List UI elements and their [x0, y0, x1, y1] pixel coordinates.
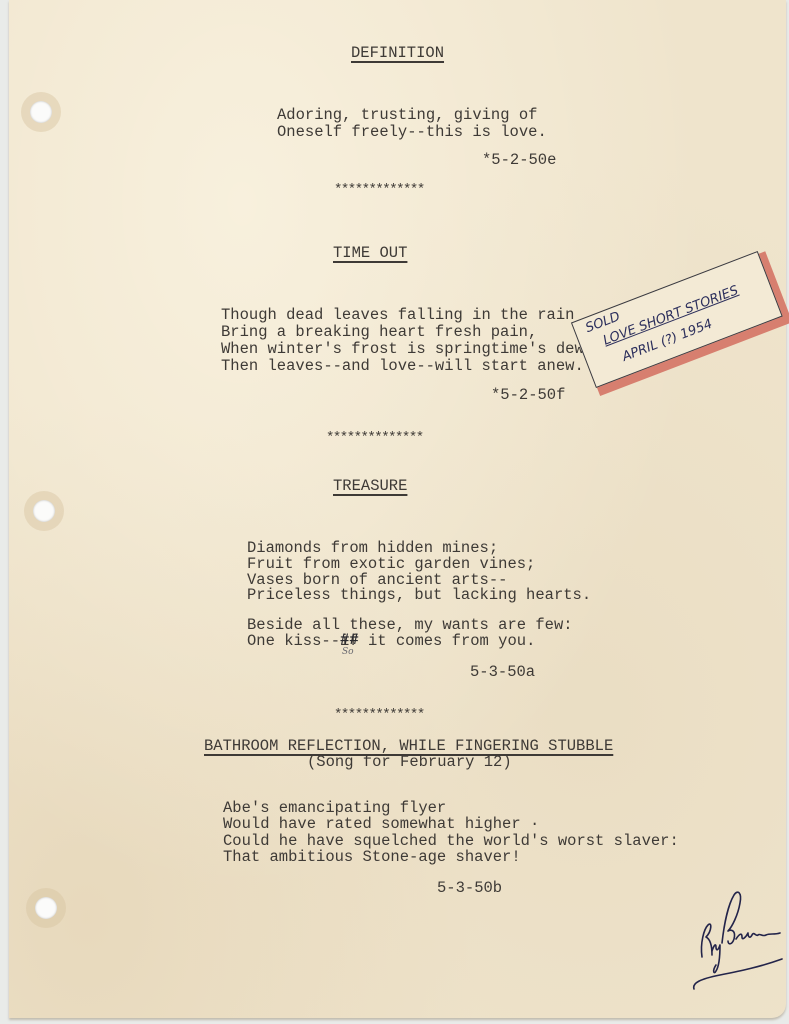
poem-line: Adoring, trusting, giving of — [277, 107, 537, 125]
poem-line: When winter's frost is springtime's dew — [221, 341, 584, 359]
poem-line: Bring a breaking heart fresh pain, — [221, 324, 537, 342]
poem-subtitle: (Song for February 12) — [307, 754, 512, 772]
punch-hole — [30, 101, 52, 123]
poem-line: That ambitious Stone-age shaver! — [223, 849, 521, 867]
poem-title: TREASURE — [333, 478, 407, 496]
poem-line: Oneself freely--this is love. — [277, 124, 547, 142]
separator: ************* — [334, 707, 424, 725]
punch-hole — [33, 500, 55, 522]
handwritten-correction: So — [342, 644, 354, 662]
separator: ************** — [326, 430, 423, 448]
signature-icon — [690, 885, 789, 995]
poem-line: Priceless things, but lacking hearts. — [247, 587, 591, 605]
poem-line: Though dead leaves falling in the rain — [221, 307, 574, 325]
line-start: One kiss-- — [247, 632, 340, 650]
poem-line: Would have rated somewhat higher · — [223, 816, 539, 834]
poem-line: One kiss--if##So it comes from you. — [247, 633, 535, 651]
separator: ************* — [334, 182, 424, 200]
poem-line: Then leaves--and love--will start anew. — [221, 358, 584, 376]
date-code: *5-2-50f — [491, 387, 565, 405]
date-code: 5-3-50a — [470, 664, 535, 682]
poem-title: TIME OUT — [333, 245, 407, 263]
date-code: *5-2-50e — [482, 152, 556, 170]
punch-hole — [35, 897, 57, 919]
poem-title: DEFINITION — [351, 45, 444, 63]
date-code: 5-3-50b — [437, 880, 502, 898]
line-end: it comes from you. — [368, 632, 535, 650]
typo-correction: if##So — [340, 632, 359, 650]
